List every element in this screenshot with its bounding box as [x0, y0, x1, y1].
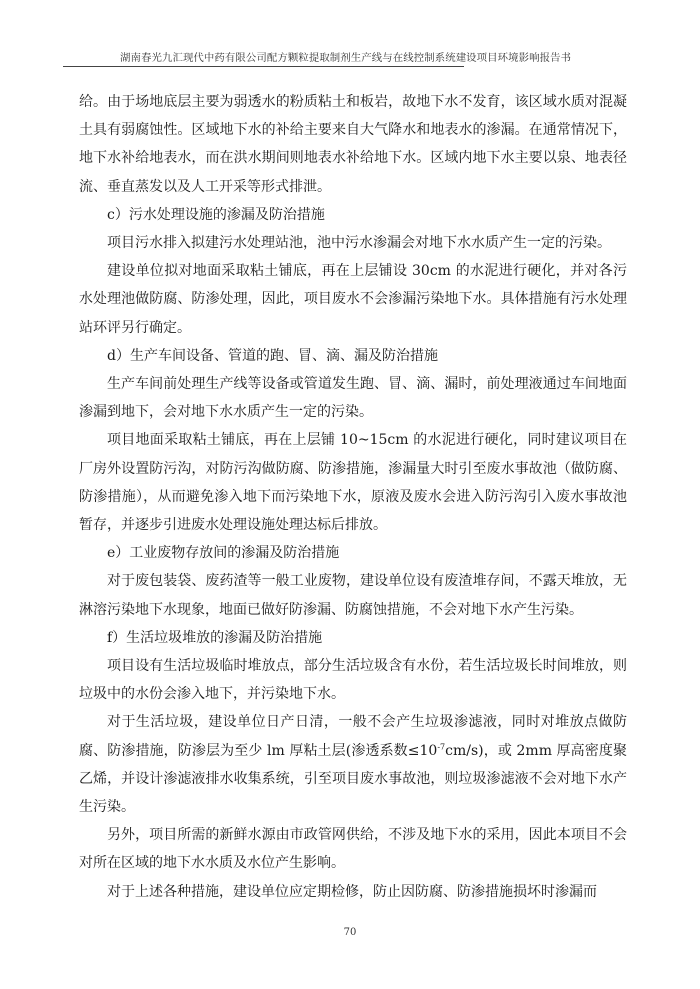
document-body: 给。由于场地底层主要为弱透水的粉质粘土和板岩，故地下水不发育，该区域水质对混凝土… [79, 88, 627, 906]
superscript-exponent: -7 [437, 742, 445, 751]
section-heading-e: e）工业废物存放间的渗漏及防治措施 [79, 539, 627, 567]
paragraph: 项目设有生活垃圾临时堆放点，部分生活垃圾含有水份，若生活垃圾长时间堆放，则垃圾中… [79, 652, 627, 708]
paragraph-with-superscript: 对于生活垃圾，建设单位日产日清，一般不会产生垃圾渗滤液，同时对堆放点做防腐、防渗… [79, 708, 627, 821]
paragraph: 生产车间前处理生产线等设备或管道发生跑、冒、滴、漏时，前处理液通过车间地面渗漏到… [79, 370, 627, 426]
page-header-title: 湖南春光九汇现代中药有限公司配方颗粒提取制剂生产线与在线控制系统建设项目环境影响… [120, 49, 463, 64]
paragraph: 对于废包装袋、废药渣等一般工业废物，建设单位设有废渣堆存间，不露天堆放，无淋溶污… [79, 567, 627, 623]
paragraph-continues-next-page: 对于上述各种措施，建设单位应定期检修，防止因防腐、防渗措施损坏时渗漏而 [79, 878, 627, 906]
paragraph: 项目污水排入拟建污水处理站池，池中污水渗漏会对地下水水质产生一定的污染。 [79, 229, 627, 257]
section-heading-d: d）生产车间设备、管道的跑、冒、滴、漏及防治措施 [79, 342, 627, 370]
header-divider [63, 66, 464, 67]
section-heading-f: f）生活垃圾堆放的渗漏及防治措施 [79, 624, 627, 652]
page-number: 70 [0, 927, 700, 938]
paragraph: 另外，项目所需的新鲜水源由市政管网供给，不涉及地下水的采用，因此本项目不会对所在… [79, 821, 627, 877]
section-heading-c: c）污水处理设施的渗漏及防治措施 [79, 201, 627, 229]
paragraph: 项目地面采取粘土铺底，再在上层铺 10~15cm 的水泥进行硬化，同时建议项目在… [79, 426, 627, 539]
paragraph: 建设单位拟对地面采取粘土铺底，再在上层铺设 30cm 的水泥进行硬化，并对各污水… [79, 257, 627, 342]
paragraph-continuation: 给。由于场地底层主要为弱透水的粉质粘土和板岩，故地下水不发育，该区域水质对混凝土… [79, 88, 627, 201]
